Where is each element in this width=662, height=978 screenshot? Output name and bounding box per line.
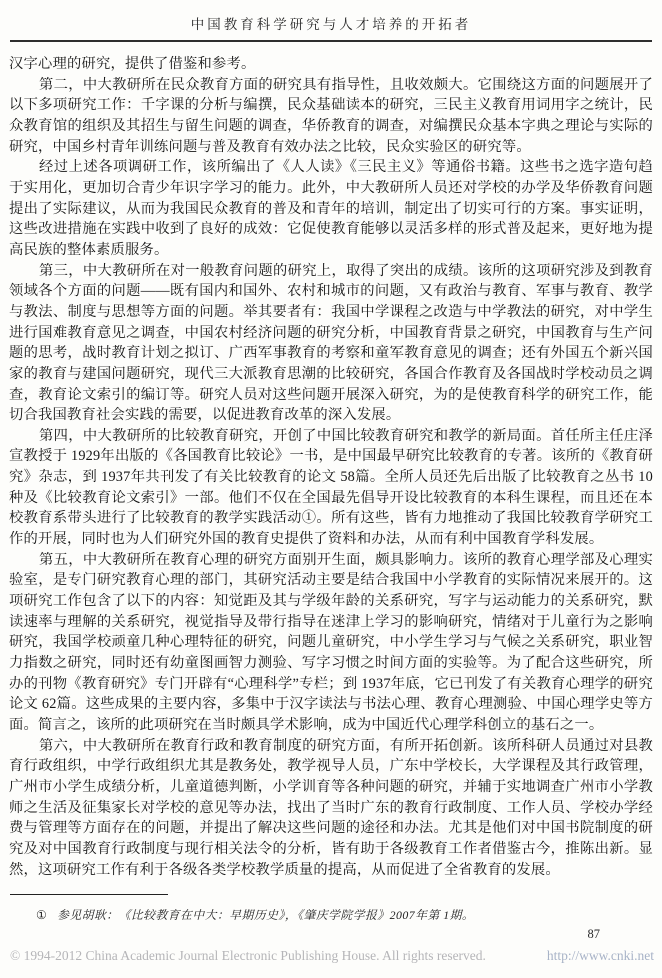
footnote-marker: ① [36,908,47,922]
footnote-divider [10,894,168,895]
paragraph-continuation: 汉字心理的研究，提供了借鉴和参考。 [9,54,653,75]
running-header-title: 中国教育科学研究与人才培养的开拓者 [0,0,662,33]
paragraph-third-point: 第三，中大教研所在对一般教育问题的研究上，取得了突出的成绩。该所的这项研究涉及到… [9,261,653,426]
paragraph-fifth-point: 第五，中大教研所在教育心理的研究方面别开生面，颇具影响力。该所的教育心理学部及心… [9,550,653,736]
scanned-document-page: 中国教育科学研究与人才培养的开拓者 汉字心理的研究，提供了借鉴和参考。 第二，中… [0,0,662,978]
copyright-notice: © 1994-2012 China Academic Journal Elect… [10,948,486,964]
footer-copyright-bar: © 1994-2012 China Academic Journal Elect… [10,948,654,964]
paragraph-second-point: 第二，中大教研所在民众教育方面的研究具有指导性，且收效颇大。它围绕这方面的问题展… [9,75,653,158]
cnki-url: http://www.cnki.net [547,948,654,964]
footnote-text: 参见胡耿：《比较教育在中大：早期历史》，《肇庆学院学报》2007年第 1期。 [57,908,474,922]
paragraph-fourth-point: 第四，中大教研所的比较教育研究，开创了中国比较教育研究和教学的新局面。首任所主任… [9,426,653,550]
body-text: 汉字心理的研究，提供了借鉴和参考。 第二，中大教研所在民众教育方面的研究具有指导… [9,54,653,898]
header-rule [10,40,652,42]
paragraph-books-edited: 经过上述各项调研工作，该所编出了《人人读》《三民主义》等通俗书籍。这些书之选字造… [9,157,653,260]
footnote: ①参见胡耿：《比较教育在中大：早期历史》，《肇庆学院学报》2007年第 1期。 [36,906,642,923]
paragraph-sixth-point: 第六，中大教研所在教育行政和教育制度的研究方面，有所开拓创新。该所科研人员通过对… [9,736,653,881]
page-number: 87 [588,927,601,942]
